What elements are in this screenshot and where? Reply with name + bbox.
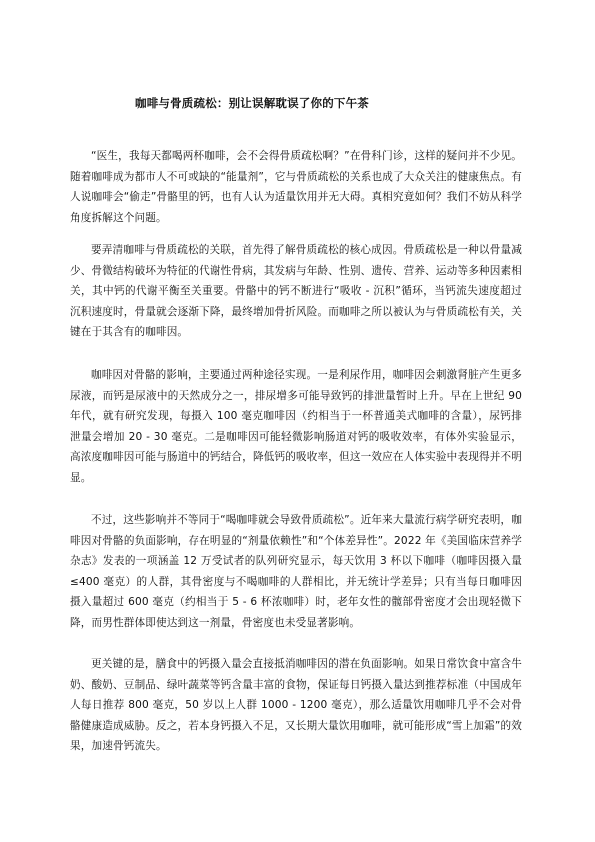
paragraph-intro: “医生，我每天都喝两杯咖啡，会不会得骨质疏松啊？”在骨科门诊，这样的疑问并不少见… bbox=[70, 146, 522, 228]
paragraph-caffeine-mechanism: 咖啡因对骨骼的影响，主要通过两种途径实现。一是利尿作用，咖啡因会刺激肾脏产生更多… bbox=[70, 365, 522, 489]
paragraph-osteoporosis-cause: 要弄清咖啡与骨质疏松的关联，首先得了解骨质疏松的核心成因。骨质疏松是一种以骨量减… bbox=[70, 240, 522, 343]
paragraph-dietary-calcium: 更关键的是，膳食中的钙摄入量会直接抵消咖啡因的潜在负面影响。如果日常饮食中富含牛… bbox=[70, 654, 522, 757]
document-title: 咖啡与骨质疏松：别让误解耽误了你的下午茶 bbox=[135, 95, 369, 111]
paragraph-dose-dependence: 不过，这些影响并不等同于“喝咖啡就会导致骨质疏松”。近年来大量流行病学研究表明，… bbox=[70, 510, 522, 634]
